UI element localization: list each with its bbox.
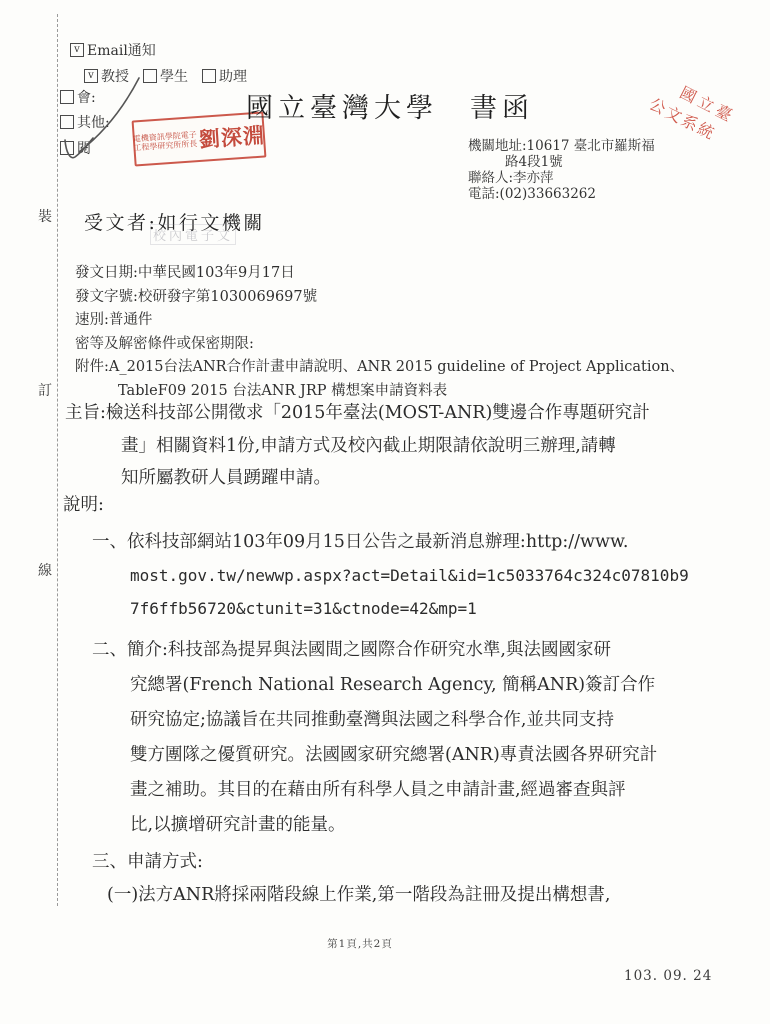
- checkbox-assistant: [202, 69, 216, 83]
- faint-internal-stamp: 校內電子文: [150, 224, 236, 245]
- item3-number: 三、: [92, 852, 127, 872]
- document-page: 裝 訂 線 v Email通知 v 教授 學生 助理 會: 其他: 閱 電機資訊…: [0, 0, 770, 1024]
- item1-url-line3: 7f6ffb56720&ctunit=31&ctnode=42&mp=1: [65, 592, 689, 625]
- explanation-item-3: 三、申請方式:: [65, 846, 203, 879]
- checkbox-email-checked: v: [70, 43, 84, 57]
- subject-line3: 知所屬教研人員踴躍申請。: [65, 462, 650, 495]
- item2-line4: 雙方團隊之優質研究。法國國家研究總署(ANR)專責法國各界研究計: [65, 738, 657, 773]
- org-address-line2: 路4段1號: [468, 154, 655, 170]
- item2-line5: 畫之補助。其目的在藉由所有科學人員之申請計畫,經過審查與評: [65, 773, 657, 808]
- item3-line1: 申請方式:: [127, 852, 203, 872]
- item2-line2: 究總署(French National Research Agency, 簡稱A…: [65, 668, 657, 703]
- meta-block: 發文日期:中華民國103年9月17日 發文字號:校研發字第1030069697號…: [75, 262, 684, 403]
- explanation-item-2: 二、簡介:科技部為提昇與法國間之國際合作研究水準,與法國國家研 究總署(Fren…: [65, 633, 657, 843]
- document-title: 國立臺灣大學 書函: [180, 86, 600, 125]
- subject-block: 主旨:檢送科技部公開徵求「2015年臺法(MOST-ANR)雙邊合作專題研究計 …: [65, 397, 650, 495]
- item2-number: 二、: [92, 640, 127, 660]
- notify-row-email: v Email通知: [70, 40, 156, 60]
- item2-line1: 簡介:科技部為提昇與法國間之國際合作研究水準,與法國國家研: [127, 640, 611, 660]
- subject-line1: 主旨:檢送科技部公開徵求「2015年臺法(MOST-ANR)雙邊合作專題研究計: [65, 397, 650, 430]
- explanation-label: 說明:: [63, 491, 104, 516]
- binding-mark-zhuang: 裝: [38, 206, 52, 226]
- label-assistant: 助理: [219, 66, 247, 86]
- item2-line3: 研究協定;協議旨在共同推動臺灣與法國之科學合作,並共同支持: [65, 703, 657, 738]
- explanation-item-1: 一、依科技部網站103年09月15日公告之最新消息辦理:http://www. …: [65, 526, 689, 625]
- item3a-number: (一): [107, 885, 138, 905]
- issue-date: 發文日期:中華民國103年9月17日: [75, 262, 684, 286]
- speed-class: 速別:普通件: [75, 309, 684, 333]
- page-number-footer: 第1頁,共2頁: [280, 936, 440, 951]
- label-email-notify: Email通知: [87, 40, 156, 60]
- binding-mark-ding: 訂: [38, 380, 52, 400]
- issue-number: 發文字號:校研發字第1030069697號: [75, 286, 684, 310]
- secrecy-line: 密等及解密條件或保密期限:: [75, 333, 684, 357]
- item1-number: 一、: [92, 532, 127, 552]
- explanation-item-3-1: (一)法方ANR將採兩階段線上作業,第一階段為註冊及提出構想書,: [65, 879, 610, 912]
- subject-line2: 畫」相關資料1份,申請方式及校內截止期限請依說明三辦理,請轉: [65, 430, 650, 463]
- org-address-line1: 機關地址:10617 臺北市羅斯福: [468, 138, 655, 154]
- scan-date: 103. 09. 24: [624, 968, 712, 984]
- item1-line1: 依科技部網站103年09月15日公告之最新消息辦理:http://www.: [127, 532, 628, 552]
- attachment-line1: 附件:A_2015台法ANR合作計畫申請說明、ANR 2015 guidelin…: [75, 356, 684, 380]
- contact-person: 聯絡人:李亦萍: [468, 170, 655, 186]
- item2-line6: 比,以擴增研究計畫的能量。: [65, 808, 657, 843]
- label-student: 學生: [160, 66, 188, 86]
- e-document-system-stamp: 國立臺 公文系統: [664, 81, 739, 151]
- binding-mark-xian: 線: [38, 560, 52, 580]
- dept-stamp-title: 電機資訊學院電子 工程學研究所所長: [133, 130, 198, 152]
- contact-phone: 電話:(02)33663262: [468, 186, 655, 202]
- contact-block: 機關地址:10617 臺北市羅斯福 路4段1號 聯絡人:李亦萍 電話:(02)3…: [468, 138, 655, 202]
- item3a-line1: 法方ANR將採兩階段線上作業,第一階段為註冊及提出構想書,: [138, 885, 610, 905]
- item1-url-line2: most.gov.tw/newwp.aspx?act=Detail&id=1c5…: [65, 559, 689, 592]
